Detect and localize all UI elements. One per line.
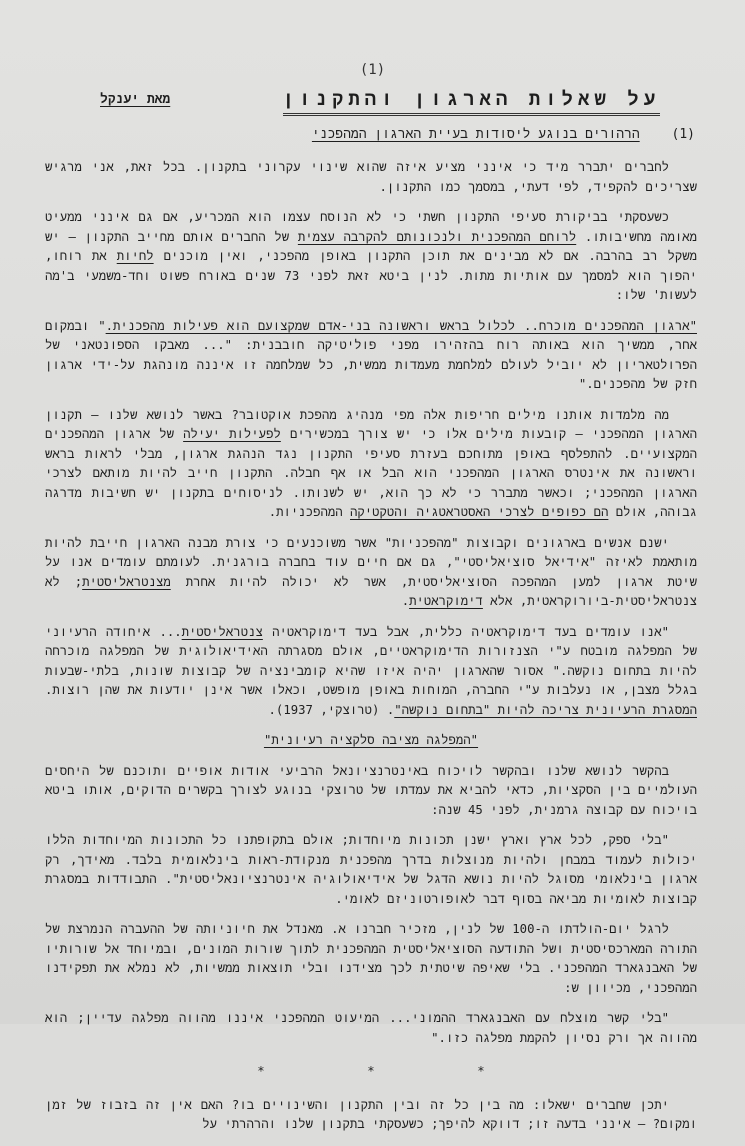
underlined-text: לפעילות יעילה bbox=[183, 427, 281, 441]
quotation-paragraph: "ארגון המהפכנים מוכרח.. לכלול בראש וראשו… bbox=[45, 317, 697, 395]
text-run: . bbox=[402, 594, 409, 608]
author-byline: מאת יענקל bbox=[100, 92, 170, 107]
document-body: לחברים יתברר מיד כי אינני מציע איזה שהוא… bbox=[45, 158, 697, 1024]
paragraph: כשעסקתי בביקורת סעיפי התקנון חשתי כי לא … bbox=[45, 208, 697, 306]
underlined-text: מצנטראליסטית bbox=[82, 575, 171, 589]
quotation-paragraph: "בלי ספק, לכל ארץ וארץ ישנן תכונות מיוחד… bbox=[45, 831, 697, 909]
quotation-paragraph: "אנו עומדים בעד דימוקראטיה כללית, אבל בע… bbox=[45, 623, 697, 721]
subheading: "המפלגה מציבה סלקציה רעיונית" bbox=[45, 731, 697, 751]
text-run: "אנו עומדים בעד דימוקראטיה כללית, אבל בע… bbox=[263, 625, 669, 639]
underlined-text: "המפלגה מציבה סלקציה רעיונית" bbox=[264, 733, 478, 747]
paragraph: לרגל יום-הולדתו ה-100 של לנין, מזכיר חבר… bbox=[45, 920, 697, 998]
underlined-text: לרוחם המהפכנית ולנכונותם להקרבה עצמית bbox=[298, 230, 576, 244]
underlined-text: דימוקראטית bbox=[409, 594, 483, 608]
paragraph: בהקשר לנושא שלנו ובהקשר לויכוח באינטרנצי… bbox=[45, 762, 697, 821]
paragraph: ישנם אנשים בארגונים וקבוצות "מהפכניות" א… bbox=[45, 534, 697, 612]
document-title: על שאלות הארגון והתקנון bbox=[283, 88, 660, 116]
page-number: (1) bbox=[0, 62, 745, 78]
underlined-text: צנטראליסטית bbox=[182, 625, 263, 639]
quotation-paragraph: "בלי קשר מוצלח עם האבנגארד ההמוני... המי… bbox=[45, 1009, 697, 1024]
text-run: המהפכניות. bbox=[269, 505, 350, 519]
paragraph: לחברים יתברר מיד כי אינני מציע איזה שהוא… bbox=[45, 158, 697, 197]
section-heading: (1) הרהורים בנוגע ליסודות בעיית הארגון ה… bbox=[95, 127, 695, 142]
underlined-text: "ארגון המהפכנים מוכרח.. לכלול בראש וראשו… bbox=[106, 319, 697, 333]
paragraph: מה מלמדות אותנו מילים חריפות אלה מפי מנה… bbox=[45, 406, 697, 523]
section-number: (1) bbox=[672, 127, 695, 142]
title-row: על שאלות הארגון והתקנון מאת יענקל bbox=[100, 88, 660, 118]
section-heading-text: הרהורים בנוגע ליסודות בעיית הארגון המהפכ… bbox=[312, 127, 640, 142]
underlined-text: הם כפופים לצרכי האסטראטגיה והטקטיקה bbox=[350, 505, 608, 519]
text-run: . (טרוצקי, 1937). bbox=[269, 703, 395, 717]
document-page: (1) על שאלות הארגון והתקנון מאת יענקל (1… bbox=[0, 0, 745, 1024]
underlined-text: לחיות bbox=[117, 249, 154, 263]
underlined-text: המסגרת הרעיונית צריכה להיות "בתחום נוקשה… bbox=[394, 703, 697, 717]
